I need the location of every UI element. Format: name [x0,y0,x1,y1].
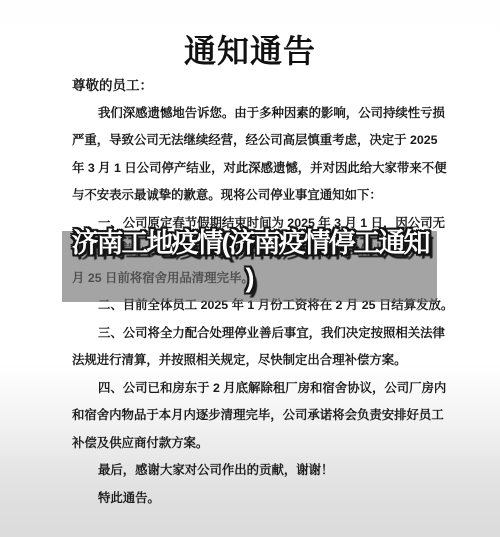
document-title: 通知通告 [0,26,500,72]
overlay-headline-line2: ) [0,261,500,296]
doc-line: 年 3 月 1 日公司停产结业，对此深感遗憾，并对因此给大家带来不便 [72,155,432,183]
doc-line: 补偿及供应商付款方案。 [72,430,432,458]
doc-line: 三、公司将全力配合处理停业善后事宜，我们决定按照相关法律 [72,320,432,348]
salutation: 尊敬的员工： [72,72,432,100]
doc-line: 法规进行清算，并按照相关规定，尽快制定出合理补偿方案。 [72,347,432,375]
doc-line: 严重，导致公司无法继续经营，经公司高层慎重考虑，决定于 2025 [72,127,432,155]
doc-line: 和宿舍内物品于本月内逐步清理完毕，公司承诺将会负责安排好员工 [72,402,432,430]
overlay-headline-line1: 济南工地疫情(济南疫情停工通知 [0,226,500,261]
doc-line: 特此通告。 [72,485,432,513]
doc-line: 我们深感遗憾地告诉您。由于多种因素的影响，公司持续性亏损 [72,100,432,128]
doc-line: 与不安表示最诚挚的歉意。现将公司停业事宜通知如下： [72,182,432,210]
doc-line: 最后，感谢大家对公司作出的贡献，谢谢！ [72,457,432,485]
overlay-headline: 济南工地疫情(济南疫情停工通知 ) [0,226,500,295]
doc-line: 四、公司已和房东于 2 月底解除租厂房和宿舍协议，公司厂房内 [72,375,432,403]
